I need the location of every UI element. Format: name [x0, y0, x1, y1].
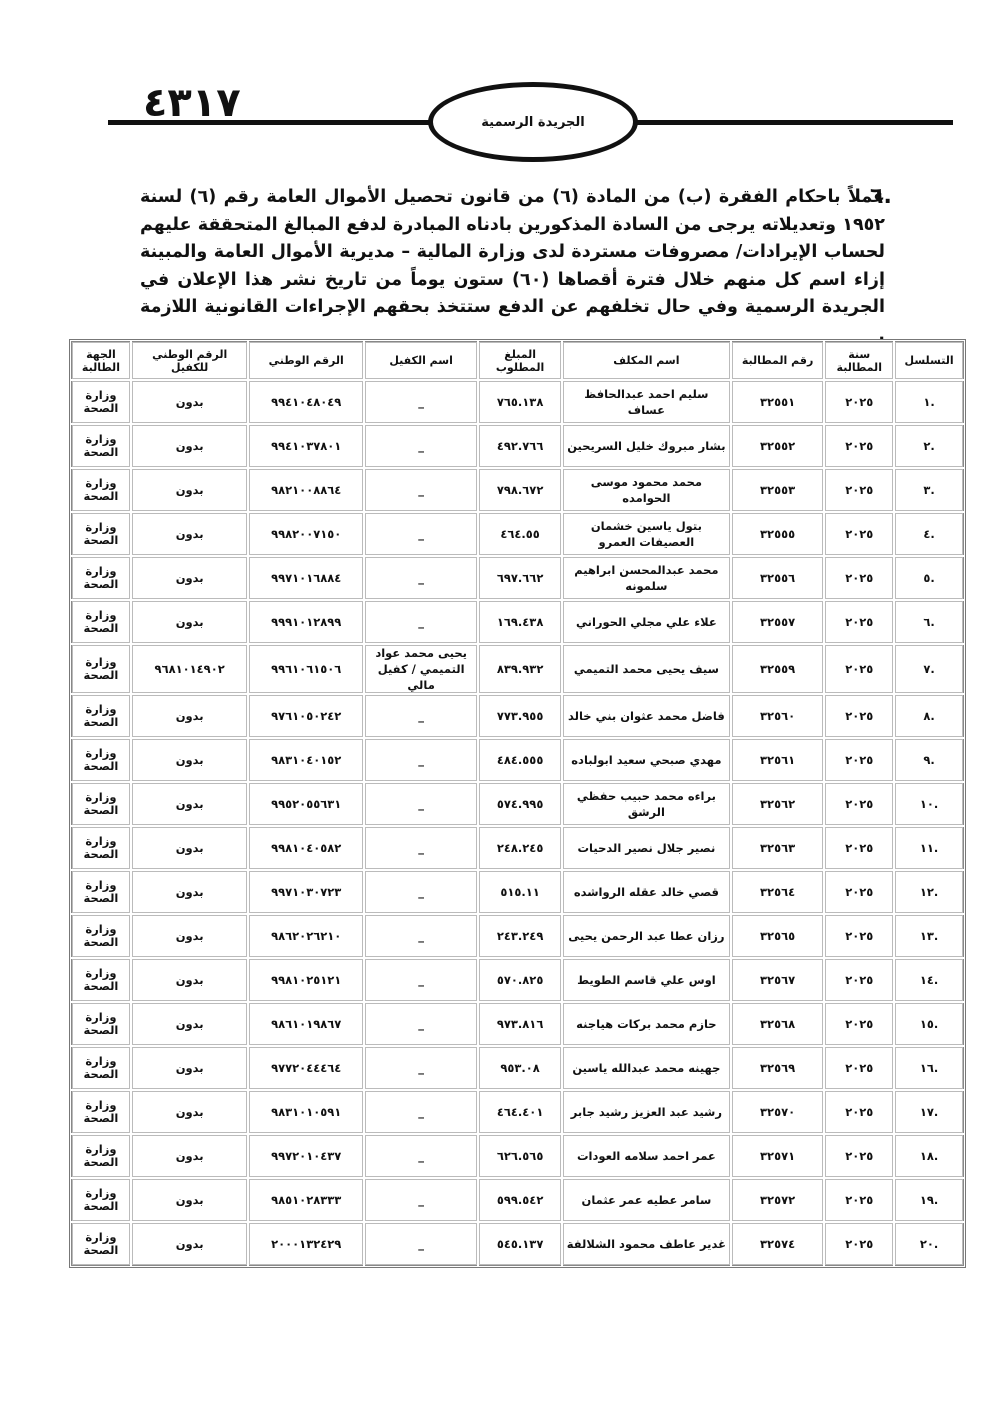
year-cell: ٢٠٢٥ [824, 1002, 894, 1046]
year-cell: ٢٠٢٥ [824, 694, 894, 738]
name-cell: رزان عطا عبد الرحمن يحيى [562, 914, 731, 958]
guarantor-cell: _ [364, 380, 478, 424]
table-row: .٥٢٠٢٥٣٢٥٥٦محمد عبدالمحسن ابراهيم سلمونه… [71, 556, 964, 600]
national-id-cell: ٩٨٣١٠١٠٥٩١ [248, 1090, 364, 1134]
guarantor-id-cell: بدون [131, 914, 249, 958]
claim-no-cell: ٣٢٥٦٧ [731, 958, 825, 1002]
table-row: .١٢٠٢٥٣٢٥٥١سليم احمد عبدالحافظ عساف٧٦٥.١… [71, 380, 964, 424]
serial-cell: .١٠ [894, 782, 964, 826]
amount-cell: ٥١٥.١١ [478, 870, 562, 914]
amount-cell: ٨٣٩.٩٣٢ [478, 644, 562, 694]
year-cell: ٢٠٢٥ [824, 782, 894, 826]
name-cell: اوس علي قاسم الطويط [562, 958, 731, 1002]
guarantor-cell: يحيى محمد عواد التميمي / كفيل مالي [364, 644, 478, 694]
col-header-year: سنة المطالبة [824, 341, 894, 380]
guarantor-id-cell: بدون [131, 1134, 249, 1178]
table-row: .٧٢٠٢٥٣٢٥٥٩سيف يحيى محمد التميمي٨٣٩.٩٣٢ي… [71, 644, 964, 694]
guarantor-cell: _ [364, 556, 478, 600]
guarantor-cell: _ [364, 826, 478, 870]
table-row: .٢٠٢٠٢٥٣٢٥٧٤غدير عاطف محمود الشلالفة٥٤٥.… [71, 1222, 964, 1266]
serial-cell: .٥ [894, 556, 964, 600]
amount-cell: ٢٤٨.٢٤٥ [478, 826, 562, 870]
amount-cell: ٤٦٤.٤٠١ [478, 1090, 562, 1134]
table-row: .٩٢٠٢٥٣٢٥٦١مهدي صبحي سعيد ابولباده٤٨٤.٥٥… [71, 738, 964, 782]
name-cell: سيف يحيى محمد التميمي [562, 644, 731, 694]
authority-cell: وزارة الصحة [71, 1090, 131, 1134]
year-cell: ٢٠٢٥ [824, 1178, 894, 1222]
table-row: .١٩٢٠٢٥٣٢٥٧٢سامر عطيه عمر عثمان٥٩٩.٥٤٢_٩… [71, 1178, 964, 1222]
header-rule-right [635, 120, 953, 125]
serial-cell: .١١ [894, 826, 964, 870]
amount-cell: ٥٧٠.٨٢٥ [478, 958, 562, 1002]
authority-cell: وزارة الصحة [71, 958, 131, 1002]
serial-cell: .١٣ [894, 914, 964, 958]
amount-cell: ٧٩٨.٦٧٢ [478, 468, 562, 512]
guarantor-id-cell: بدون [131, 1002, 249, 1046]
claims-table: التسلسل سنة المطالبة رقم المطالبة اسم ال… [69, 339, 966, 1268]
national-id-cell: ٩٨٦١٠١٩٨٦٧ [248, 1002, 364, 1046]
claim-no-cell: ٣٢٥٦٩ [731, 1046, 825, 1090]
guarantor-id-cell: بدون [131, 782, 249, 826]
guarantor-cell: _ [364, 1178, 478, 1222]
claim-no-cell: ٣٢٥٦١ [731, 738, 825, 782]
national-id-cell: ٩٩٦١٠٦١٥٠٦ [248, 644, 364, 694]
serial-cell: .٤ [894, 512, 964, 556]
guarantor-id-cell: بدون [131, 1090, 249, 1134]
claim-no-cell: ٣٢٥٥٧ [731, 600, 825, 644]
name-cell: مهدي صبحي سعيد ابولباده [562, 738, 731, 782]
table-row: .١٥٢٠٢٥٣٢٥٦٨حازم محمد بركات هياجنه٩٧٣.٨١… [71, 1002, 964, 1046]
table-body: .١٢٠٢٥٣٢٥٥١سليم احمد عبدالحافظ عساف٧٦٥.١… [71, 380, 964, 1266]
name-cell: بشار مبروك خليل السريحين [562, 424, 731, 468]
serial-cell: .١٢ [894, 870, 964, 914]
authority-cell: وزارة الصحة [71, 424, 131, 468]
guarantor-id-cell: بدون [131, 556, 249, 600]
table-row: .٦٢٠٢٥٣٢٥٥٧علاء علي مجلي الحوراني١٦٩.٤٣٨… [71, 600, 964, 644]
table-row: .١٦٢٠٢٥٣٢٥٦٩جهينه محمد عبدالله ياسين٩٥٣.… [71, 1046, 964, 1090]
gazette-title: الجريدة الرسمية [481, 115, 585, 130]
national-id-cell: ٩٨٣١٠٤٠١٥٢ [248, 738, 364, 782]
national-id-cell: ٩٩٨١٠٢٥١٢١ [248, 958, 364, 1002]
name-cell: براءه محمد حبيب حفظي الرشق [562, 782, 731, 826]
national-id-cell: ٩٨٥١٠٢٨٣٣٣ [248, 1178, 364, 1222]
serial-cell: .٢٠ [894, 1222, 964, 1266]
guarantor-id-cell: بدون [131, 1222, 249, 1266]
serial-cell: .١ [894, 380, 964, 424]
claim-no-cell: ٣٢٥٥٦ [731, 556, 825, 600]
year-cell: ٢٠٢٥ [824, 738, 894, 782]
national-id-cell: ٩٩٩١٠١٢٨٩٩ [248, 600, 364, 644]
amount-cell: ٧٦٥.١٣٨ [478, 380, 562, 424]
guarantor-cell: _ [364, 468, 478, 512]
name-cell: بتول ياسين خشمان العصيفات العمرو [562, 512, 731, 556]
national-id-cell: ٢٠٠٠١٣٢٤٢٩ [248, 1222, 364, 1266]
col-header-guarantor: اسم الكفيل [364, 341, 478, 380]
guarantor-id-cell: ٩٦٨١٠١٤٩٠٢ [131, 644, 249, 694]
guarantor-cell: _ [364, 870, 478, 914]
national-id-cell: ٩٩٤١٠٣٧٨٠١ [248, 424, 364, 468]
amount-cell: ٥٧٤.٩٩٥ [478, 782, 562, 826]
serial-cell: .٧ [894, 644, 964, 694]
amount-cell: ٥٤٥.١٣٧ [478, 1222, 562, 1266]
serial-cell: .١٧ [894, 1090, 964, 1134]
national-id-cell: ٩٩٨١٠٤٠٥٨٢ [248, 826, 364, 870]
authority-cell: وزارة الصحة [71, 914, 131, 958]
authority-cell: وزارة الصحة [71, 380, 131, 424]
guarantor-cell: _ [364, 424, 478, 468]
guarantor-id-cell: بدون [131, 1046, 249, 1090]
name-cell: محمد عبدالمحسن ابراهيم سلمونه [562, 556, 731, 600]
guarantor-id-cell: بدون [131, 826, 249, 870]
claim-no-cell: ٣٢٥٧١ [731, 1134, 825, 1178]
claim-no-cell: ٣٢٥٧٤ [731, 1222, 825, 1266]
guarantor-cell: _ [364, 694, 478, 738]
national-id-cell: ٩٧٦١٠٥٠٢٤٢ [248, 694, 364, 738]
national-id-cell: ٩٩٤١٠٤٨٠٤٩ [248, 380, 364, 424]
serial-cell: .٨ [894, 694, 964, 738]
name-cell: رشيد عبد العزيز رشيد جابر [562, 1090, 731, 1134]
table-row: .١١٢٠٢٥٣٢٥٦٣نصير جلال نصير الدحيات٢٤٨.٢٤… [71, 826, 964, 870]
authority-cell: وزارة الصحة [71, 1134, 131, 1178]
guarantor-cell: _ [364, 1002, 478, 1046]
authority-cell: وزارة الصحة [71, 644, 131, 694]
guarantor-cell: _ [364, 512, 478, 556]
guarantor-id-cell: بدون [131, 870, 249, 914]
table-row: .١٢٢٠٢٥٣٢٥٦٤قصي خالد عقله الرواشده٥١٥.١١… [71, 870, 964, 914]
notice-paragraph: عملاً باحكام الفقرة (ب) من المادة (٦) من… [140, 184, 885, 349]
col-header-guarantor-id: الرقم الوطني للكفيل [131, 341, 249, 380]
year-cell: ٢٠٢٥ [824, 870, 894, 914]
header-rule-left [108, 120, 433, 125]
name-cell: جهينه محمد عبدالله ياسين [562, 1046, 731, 1090]
national-id-cell: ٩٩٧٢٠١٠٤٣٧ [248, 1134, 364, 1178]
table-row: .١٨٢٠٢٥٣٢٥٧١عمر احمد سلامه العودات٦٢٦.٥٦… [71, 1134, 964, 1178]
guarantor-cell: _ [364, 1046, 478, 1090]
year-cell: ٢٠٢٥ [824, 958, 894, 1002]
amount-cell: ٩٥٣.٠٨ [478, 1046, 562, 1090]
col-header-name: اسم المكلف [562, 341, 731, 380]
year-cell: ٢٠٢٥ [824, 1046, 894, 1090]
year-cell: ٢٠٢٥ [824, 1090, 894, 1134]
year-cell: ٢٠٢٥ [824, 600, 894, 644]
national-id-cell: ٩٩٨٢٠٠٧١٥٠ [248, 512, 364, 556]
serial-cell: .٦ [894, 600, 964, 644]
col-header-serial: التسلسل [894, 341, 964, 380]
year-cell: ٢٠٢٥ [824, 1222, 894, 1266]
serial-cell: .١٨ [894, 1134, 964, 1178]
claim-no-cell: ٣٢٥٧٢ [731, 1178, 825, 1222]
guarantor-id-cell: بدون [131, 1178, 249, 1222]
table-row: .٨٢٠٢٥٣٢٥٦٠فاضل محمد عثوان بني خالد٧٧٣.٩… [71, 694, 964, 738]
table-row: .١٤٢٠٢٥٣٢٥٦٧اوس علي قاسم الطويط٥٧٠.٨٢٥_٩… [71, 958, 964, 1002]
authority-cell: وزارة الصحة [71, 1178, 131, 1222]
table-row: .٤٢٠٢٥٣٢٥٥٥بتول ياسين خشمان العصيفات الع… [71, 512, 964, 556]
guarantor-id-cell: بدون [131, 468, 249, 512]
guarantor-cell: _ [364, 1134, 478, 1178]
table-row: .١٧٢٠٢٥٣٢٥٧٠رشيد عبد العزيز رشيد جابر٤٦٤… [71, 1090, 964, 1134]
col-header-claim-no: رقم المطالبة [731, 341, 825, 380]
col-header-national-id: الرقم الوطني [248, 341, 364, 380]
authority-cell: وزارة الصحة [71, 1222, 131, 1266]
guarantor-cell: _ [364, 1090, 478, 1134]
guarantor-cell: _ [364, 958, 478, 1002]
claim-no-cell: ٣٢٥٦٨ [731, 1002, 825, 1046]
claim-no-cell: ٣٢٥٦٤ [731, 870, 825, 914]
year-cell: ٢٠٢٥ [824, 914, 894, 958]
guarantor-id-cell: بدون [131, 380, 249, 424]
guarantor-id-cell: بدون [131, 600, 249, 644]
year-cell: ٢٠٢٥ [824, 1134, 894, 1178]
claim-no-cell: ٣٢٥٥٢ [731, 424, 825, 468]
amount-cell: ٤٨٤.٥٥٥ [478, 738, 562, 782]
name-cell: حازم محمد بركات هياجنه [562, 1002, 731, 1046]
year-cell: ٢٠٢٥ [824, 512, 894, 556]
table-row: .١٠٢٠٢٥٣٢٥٦٢براءه محمد حبيب حفظي الرشق٥٧… [71, 782, 964, 826]
national-id-cell: ٩٨٢١٠٠٨٨٦٤ [248, 468, 364, 512]
authority-cell: وزارة الصحة [71, 556, 131, 600]
guarantor-cell: _ [364, 738, 478, 782]
authority-cell: وزارة الصحة [71, 782, 131, 826]
authority-cell: وزارة الصحة [71, 738, 131, 782]
claim-no-cell: ٣٢٥٥١ [731, 380, 825, 424]
year-cell: ٢٠٢٥ [824, 468, 894, 512]
guarantor-id-cell: بدون [131, 738, 249, 782]
year-cell: ٢٠٢٥ [824, 644, 894, 694]
serial-cell: .١٥ [894, 1002, 964, 1046]
col-header-amount: المبلغ المطلوب [478, 341, 562, 380]
claim-no-cell: ٣٢٥٧٠ [731, 1090, 825, 1134]
name-cell: نصير جلال نصير الدحيات [562, 826, 731, 870]
claim-no-cell: ٣٢٥٦٥ [731, 914, 825, 958]
serial-cell: .١٦ [894, 1046, 964, 1090]
table-row: .٢٢٠٢٥٣٢٥٥٢بشار مبروك خليل السريحين٤٩٢.٧… [71, 424, 964, 468]
serial-cell: .٩ [894, 738, 964, 782]
amount-cell: ٤٩٢.٧٦٦ [478, 424, 562, 468]
claim-no-cell: ٣٢٥٦٠ [731, 694, 825, 738]
claim-no-cell: ٣٢٥٦٣ [731, 826, 825, 870]
national-id-cell: ٩٨٦٢٠٢٦٢١٠ [248, 914, 364, 958]
gazette-title-oval: الجريدة الرسمية [428, 82, 638, 162]
claim-no-cell: ٣٢٥٥٣ [731, 468, 825, 512]
amount-cell: ١٦٩.٤٣٨ [478, 600, 562, 644]
name-cell: غدير عاطف محمود الشلالفة [562, 1222, 731, 1266]
guarantor-cell: _ [364, 600, 478, 644]
authority-cell: وزارة الصحة [71, 468, 131, 512]
claim-no-cell: ٣٢٥٦٢ [731, 782, 825, 826]
guarantor-id-cell: بدون [131, 958, 249, 1002]
guarantor-cell: _ [364, 782, 478, 826]
amount-cell: ٧٧٣.٩٥٥ [478, 694, 562, 738]
guarantor-id-cell: بدون [131, 694, 249, 738]
table-row: .٣٢٠٢٥٣٢٥٥٣محمد محمود موسى الحوامده٧٩٨.٦… [71, 468, 964, 512]
guarantor-cell: _ [364, 914, 478, 958]
table-header-row: التسلسل سنة المطالبة رقم المطالبة اسم ال… [71, 341, 964, 380]
serial-cell: .١٩ [894, 1178, 964, 1222]
authority-cell: وزارة الصحة [71, 826, 131, 870]
table-row: .١٣٢٠٢٥٣٢٥٦٥رزان عطا عبد الرحمن يحيى٢٤٣.… [71, 914, 964, 958]
name-cell: قصي خالد عقله الرواشده [562, 870, 731, 914]
authority-cell: وزارة الصحة [71, 1002, 131, 1046]
name-cell: فاضل محمد عثوان بني خالد [562, 694, 731, 738]
year-cell: ٢٠٢٥ [824, 380, 894, 424]
authority-cell: وزارة الصحة [71, 1046, 131, 1090]
national-id-cell: ٩٩٧١٠٣٠٧٢٣ [248, 870, 364, 914]
national-id-cell: ٩٧٧٢٠٤٤٤٦٤ [248, 1046, 364, 1090]
serial-cell: .٢ [894, 424, 964, 468]
serial-cell: .١٤ [894, 958, 964, 1002]
col-header-authority: الجهة الطالبة [71, 341, 131, 380]
year-cell: ٢٠٢٥ [824, 556, 894, 600]
national-id-cell: ٩٩٧١٠١٦٨٨٤ [248, 556, 364, 600]
national-id-cell: ٩٩٥٢٠٥٥٦٣١ [248, 782, 364, 826]
amount-cell: ٥٩٩.٥٤٢ [478, 1178, 562, 1222]
amount-cell: ٦٢٦.٥٦٥ [478, 1134, 562, 1178]
guarantor-id-cell: بدون [131, 424, 249, 468]
guarantor-cell: _ [364, 1222, 478, 1266]
claim-no-cell: ٣٢٥٥٥ [731, 512, 825, 556]
name-cell: محمد محمود موسى الحوامده [562, 468, 731, 512]
authority-cell: وزارة الصحة [71, 694, 131, 738]
authority-cell: وزارة الصحة [71, 512, 131, 556]
serial-cell: .٣ [894, 468, 964, 512]
amount-cell: ٩٧٣.٨١٦ [478, 1002, 562, 1046]
authority-cell: وزارة الصحة [71, 600, 131, 644]
name-cell: عمر احمد سلامه العودات [562, 1134, 731, 1178]
amount-cell: ٦٩٧.٦٦٢ [478, 556, 562, 600]
name-cell: علاء علي مجلي الحوراني [562, 600, 731, 644]
year-cell: ٢٠٢٥ [824, 424, 894, 468]
claim-no-cell: ٣٢٥٥٩ [731, 644, 825, 694]
name-cell: سامر عطيه عمر عثمان [562, 1178, 731, 1222]
amount-cell: ٢٤٣.٢٤٩ [478, 914, 562, 958]
name-cell: سليم احمد عبدالحافظ عساف [562, 380, 731, 424]
guarantor-id-cell: بدون [131, 512, 249, 556]
year-cell: ٢٠٢٥ [824, 826, 894, 870]
authority-cell: وزارة الصحة [71, 870, 131, 914]
amount-cell: ٤٦٤.٥٥ [478, 512, 562, 556]
